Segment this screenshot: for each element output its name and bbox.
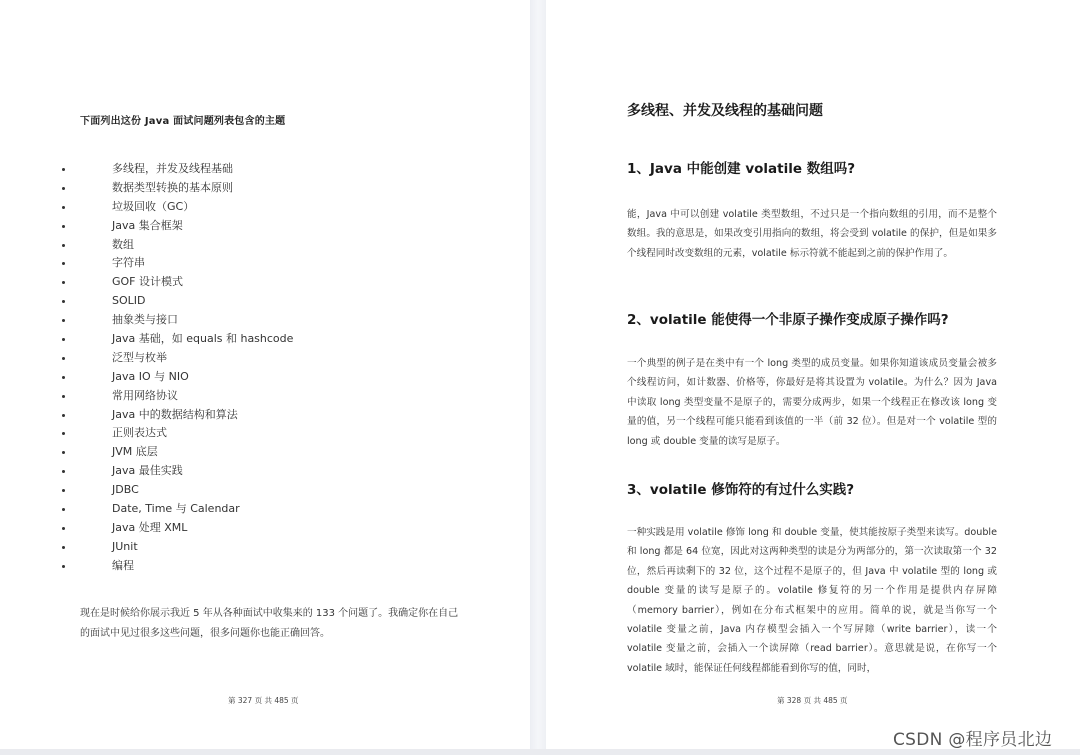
bullet-icon [62, 281, 65, 284]
bullet-icon [62, 451, 65, 454]
bullet-icon [62, 187, 65, 190]
question-title: 3、volatile 修饰符的有过什么实践? [627, 478, 854, 498]
section-title: 多线程、并发及线程的基础问题 [627, 100, 823, 120]
topic-label: Java 基础，如 equals 和 hashcode [112, 330, 293, 349]
watermark: CSDN @程序员北边 [893, 725, 1052, 750]
topic-label: 数组 [112, 236, 134, 255]
left-page: 下面列出这份 Java 面试问题列表包含的主题 多线程，并发及线程基础数据类型转… [0, 0, 530, 749]
bullet-icon [62, 527, 65, 530]
question-answer: 一个典型的例子是在类中有一个 long 类型的成员变量。如果你知道该成员变量会被… [627, 354, 997, 451]
bullet-icon [62, 300, 65, 303]
question-answer: 能，Java 中可以创建 volatile 类型数组，不过只是一个指向数组的引用… [627, 205, 997, 263]
topic-label: Java 最佳实践 [112, 462, 183, 481]
bullet-icon [62, 225, 65, 228]
bullet-icon [62, 357, 65, 360]
topic-label: 字符串 [112, 254, 145, 273]
bullet-icon [62, 262, 65, 265]
topic-label: 常用网络协议 [112, 387, 178, 406]
topics-heading: 下面列出这份 Java 面试问题列表包含的主题 [80, 112, 285, 127]
page-number: 第 327 页 共 485 页 [228, 695, 299, 706]
bullet-icon [62, 565, 65, 568]
bullet-icon [62, 470, 65, 473]
page-number: 第 328 页 共 485 页 [777, 695, 848, 706]
intro-paragraph: 现在是时候给你展示我近 5 年从各种面试中收集来的 133 个问题了。我确定你在… [80, 604, 460, 644]
bullet-icon [62, 319, 65, 322]
bullet-icon [62, 546, 65, 549]
topic-label: Java IO 与 NIO [112, 368, 189, 387]
bullet-icon [62, 508, 65, 511]
bullet-icon [62, 338, 65, 341]
question-title: 2、volatile 能使得一个非原子操作变成原子操作吗? [627, 308, 949, 328]
right-page: 多线程、并发及线程的基础问题 1、Java 中能创建 volatile 数组吗?… [546, 0, 1080, 749]
topic-label: 正则表达式 [112, 424, 167, 443]
topic-label: Date, Time 与 Calendar [112, 500, 240, 519]
topic-label: 多线程，并发及线程基础 [112, 160, 233, 179]
topic-label: 数据类型转换的基本原则 [112, 179, 233, 198]
topic-label: 编程 [112, 557, 134, 576]
bullet-icon [62, 395, 65, 398]
bullet-icon [62, 432, 65, 435]
topic-label: 垃圾回收（GC） [112, 198, 194, 217]
topic-label: 泛型与枚举 [112, 349, 167, 368]
page-gutter [530, 0, 546, 749]
topic-label: JDBC [112, 481, 139, 500]
bullet-icon [62, 206, 65, 209]
bullet-icon [62, 376, 65, 379]
topic-label: 抽象类与接口 [112, 311, 178, 330]
topic-label: GOF 设计模式 [112, 273, 183, 292]
topic-label: Java 中的数据结构和算法 [112, 406, 238, 425]
topic-label: Java 处理 XML [112, 519, 187, 538]
bullet-icon [62, 489, 65, 492]
topic-label: JUnit [112, 538, 138, 557]
question-answer: 一种实践是用 volatile 修饰 long 和 double 变量，使其能按… [627, 523, 997, 678]
topic-label: SOLID [112, 292, 145, 311]
bullet-icon [62, 168, 65, 171]
bullet-icon [62, 244, 65, 247]
bullet-icon [62, 414, 65, 417]
question-title: 1、Java 中能创建 volatile 数组吗? [627, 157, 855, 177]
topic-label: Java 集合框架 [112, 217, 183, 236]
topic-label: JVM 底层 [112, 443, 158, 462]
